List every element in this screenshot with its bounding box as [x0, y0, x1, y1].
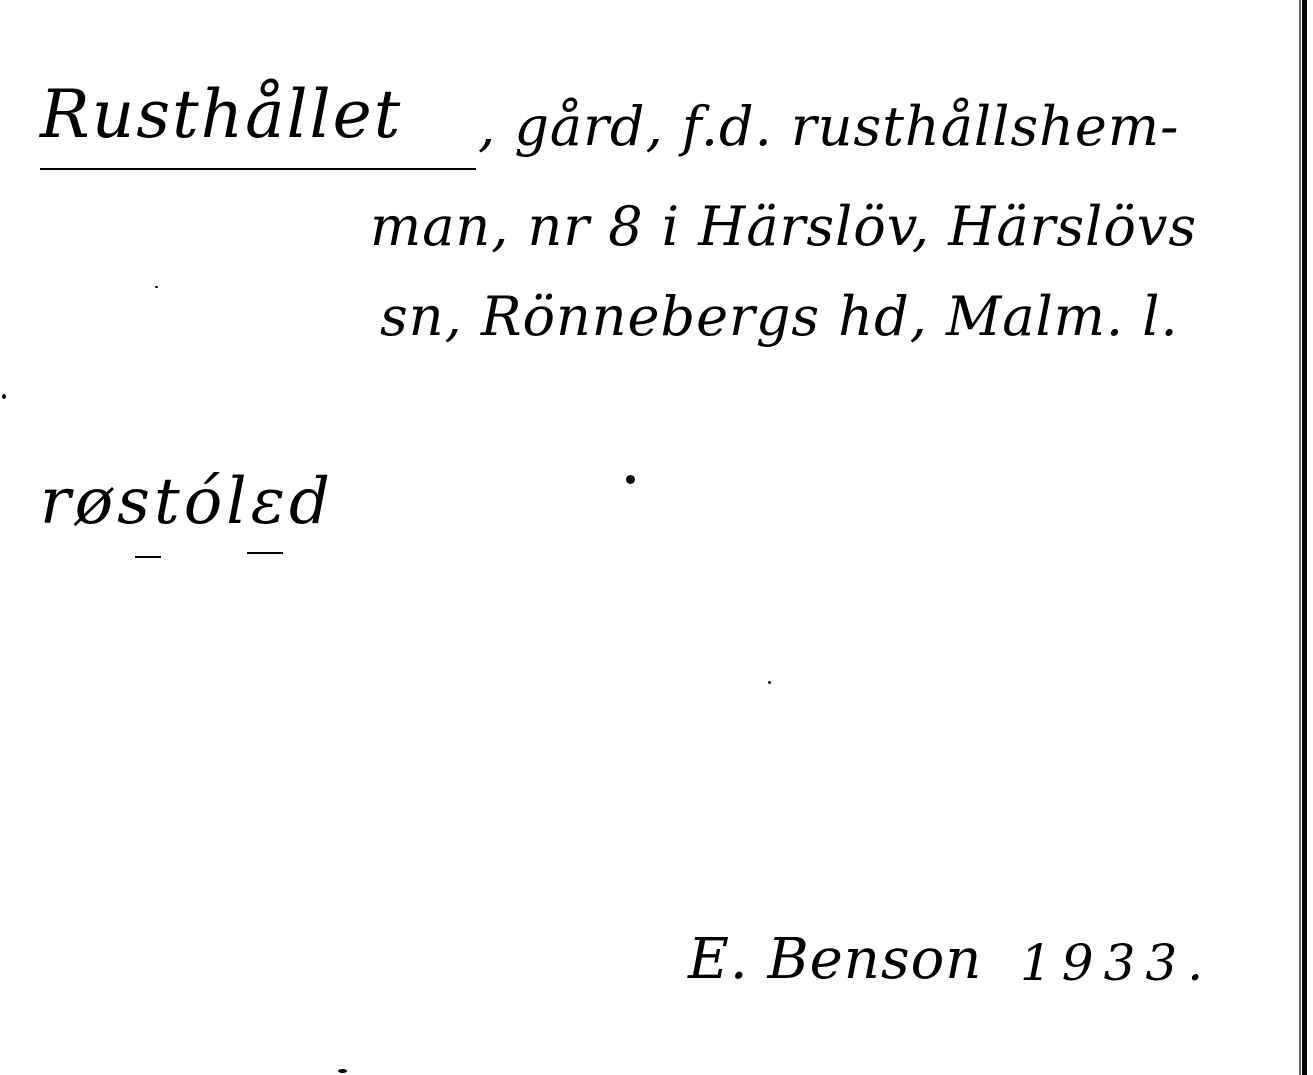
- card-right-edge: [1302, 0, 1307, 1075]
- ink-speck: [2, 394, 6, 399]
- ink-speck: [626, 475, 635, 484]
- description-line-1: , gård, f.d. rusthållshem-: [478, 100, 1179, 154]
- index-card: Rusthållet , gård, f.d. rusthållshem- ma…: [0, 0, 1313, 1075]
- ink-speck: [338, 1069, 347, 1073]
- card-edge-shadow: [1299, 0, 1301, 1075]
- headword: Rusthållet: [40, 82, 402, 148]
- ink-speck: [768, 681, 771, 684]
- pronunciation-underline-mark: [135, 556, 161, 558]
- pronunciation-underline-mark: [247, 552, 283, 554]
- headword-underline: [40, 168, 476, 170]
- description-line-3: sn, Rönnebergs hd, Malm. l.: [380, 290, 1179, 344]
- signature: E. Benson: [688, 932, 982, 988]
- ink-speck: [155, 286, 158, 288]
- signature-year: 1933.: [1020, 938, 1213, 988]
- pronunciation-transcription: røstólɛd: [40, 470, 334, 534]
- description-line-2: man, nr 8 i Härslöv, Härslövs: [370, 200, 1197, 254]
